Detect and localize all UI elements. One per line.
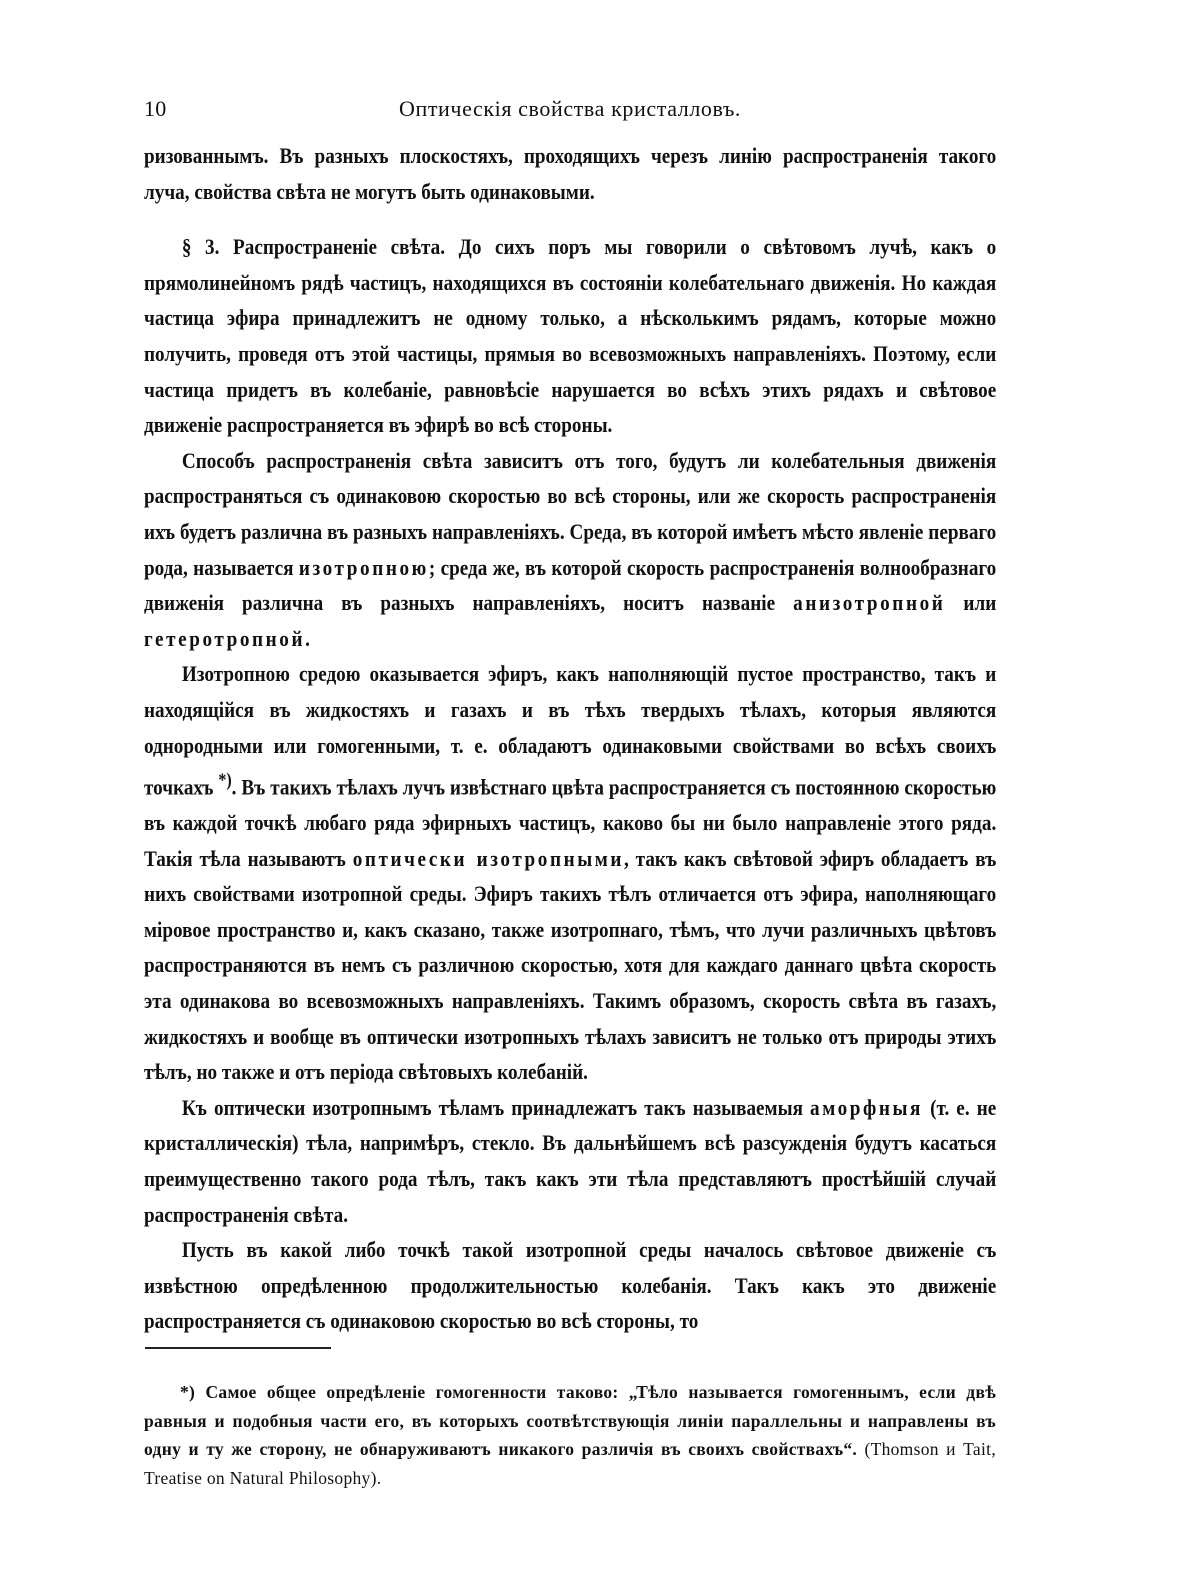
section-text: До сихъ поръ мы говорили о свѣтовомъ луч…	[144, 234, 996, 437]
paragraph-amorphous: Къ оптически изотропнымъ тѣламъ принадле…	[144, 1090, 996, 1232]
running-title: Оптическія свойства кристалловъ.	[144, 96, 996, 122]
footnote: *) Самое общее опредѣленіе гомогенности …	[144, 1378, 996, 1492]
section-paragraph: § 3. Распространеніе свѣта. До сихъ поръ…	[144, 229, 996, 443]
section-title: Распространеніе свѣта.	[233, 234, 445, 259]
page: 10 Оптическія свойства кристалловъ. ризо…	[144, 92, 996, 1339]
paragraph-text: , такъ какъ свѣтовой эфиръ обладаетъ въ …	[144, 846, 996, 1085]
term-amorphous: аморфныя	[810, 1095, 923, 1120]
footnote-reference[interactable]: *)	[218, 770, 231, 791]
paragraph-light-motion: Пусть въ какой либо точкѣ такой изотропн…	[144, 1232, 996, 1339]
footnote-marker: *)	[180, 1382, 195, 1402]
paragraph-text: Къ оптически изотропнымъ тѣламъ принадле…	[182, 1095, 810, 1120]
term-heterotropic: гетеротропной	[144, 626, 305, 651]
paragraph-isotropic-medium: Изотропною средою оказывается эфиръ, как…	[144, 656, 996, 1090]
paragraph-text: или	[945, 590, 996, 615]
term-isotropic: изотропною	[299, 555, 429, 580]
paragraph-continuation: ризованнымъ. Въ разныхъ плоскостяхъ, про…	[144, 138, 996, 209]
body-text: ризованнымъ. Въ разныхъ плоскостяхъ, про…	[144, 138, 996, 1339]
paragraph-propagation-method: Способъ распространенія свѣта зависитъ о…	[144, 443, 996, 657]
paragraph-text: .	[305, 626, 310, 651]
term-anisotropic: анизотропной	[793, 590, 945, 615]
footnote-divider	[145, 1347, 331, 1349]
running-head: 10 Оптическія свойства кристалловъ.	[144, 92, 996, 126]
footnotes: *) Самое общее опредѣленіе гомогенности …	[144, 1378, 996, 1492]
term-optically-isotropic: оптически изотропными	[353, 846, 624, 871]
section-number: § 3.	[182, 234, 220, 259]
